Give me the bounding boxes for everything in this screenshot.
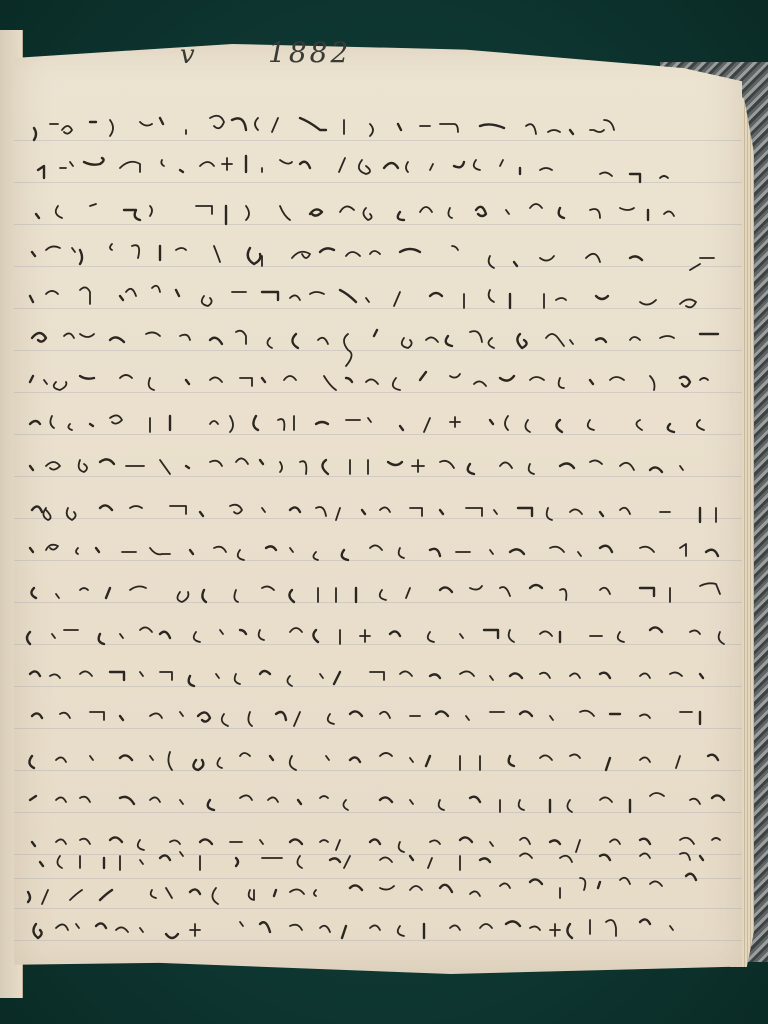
shorthand-stroke bbox=[406, 588, 410, 598]
shorthand-stroke bbox=[686, 874, 696, 880]
shorthand-stroke bbox=[318, 338, 328, 344]
shorthand-stroke bbox=[588, 420, 594, 430]
shorthand-stroke bbox=[276, 712, 286, 720]
shorthand-row bbox=[30, 286, 696, 308]
shorthand-stroke bbox=[406, 162, 408, 172]
shorthand-stroke bbox=[600, 546, 612, 552]
shorthand-stroke bbox=[214, 547, 226, 552]
shorthand-stroke bbox=[440, 461, 454, 468]
shorthand-stroke bbox=[530, 585, 542, 588]
shorthand-row bbox=[32, 837, 720, 852]
shorthand-stroke bbox=[540, 755, 552, 760]
shorthand-stroke bbox=[210, 116, 224, 129]
shorthand-stroke bbox=[466, 716, 469, 720]
shorthand-stroke bbox=[450, 374, 460, 378]
shorthand-stroke bbox=[336, 508, 340, 520]
shorthand-stroke bbox=[363, 208, 371, 220]
shorthand-stroke bbox=[43, 508, 50, 520]
shorthand-stroke bbox=[650, 793, 664, 796]
shorthand-stroke bbox=[208, 800, 214, 810]
shorthand-stroke bbox=[320, 674, 323, 678]
shorthand-stroke bbox=[343, 800, 348, 810]
shorthand-stroke bbox=[440, 124, 458, 132]
shorthand-stroke bbox=[440, 510, 443, 514]
shorthand-stroke bbox=[474, 160, 480, 170]
shorthand-stroke bbox=[290, 548, 293, 552]
shorthand-stroke bbox=[712, 795, 724, 800]
shorthand-stroke bbox=[272, 118, 278, 132]
shorthand-stroke bbox=[550, 840, 560, 844]
shorthand-stroke bbox=[640, 547, 654, 552]
shorthand-stroke bbox=[346, 378, 352, 382]
shorthand-stroke bbox=[402, 338, 412, 348]
shorthand-stroke bbox=[600, 588, 610, 594]
shorthand-stroke bbox=[150, 797, 160, 802]
shorthand-stroke bbox=[52, 634, 55, 638]
shorthand-stroke bbox=[120, 162, 140, 172]
shorthand-stroke bbox=[180, 852, 183, 856]
shorthand-stroke bbox=[54, 382, 67, 390]
shorthand-stroke bbox=[506, 210, 509, 214]
shorthand-stroke bbox=[56, 594, 59, 598]
shorthand-stroke bbox=[280, 160, 292, 164]
shorthand-stroke bbox=[56, 206, 62, 218]
shorthand-stroke bbox=[430, 293, 442, 296]
shorthand-stroke bbox=[193, 760, 203, 770]
shorthand-stroke bbox=[96, 923, 106, 928]
shorthand-row bbox=[32, 711, 700, 726]
shorthand-stroke bbox=[80, 839, 90, 844]
shorthand-stroke bbox=[680, 838, 694, 844]
shorthand-stroke bbox=[290, 507, 300, 512]
shorthand-stroke bbox=[390, 631, 400, 636]
shorthand-stroke bbox=[270, 756, 273, 760]
shorthand-stroke bbox=[476, 207, 486, 216]
shorthand-stroke bbox=[670, 926, 673, 930]
shorthand-stroke bbox=[56, 797, 66, 802]
shorthand-stroke bbox=[190, 924, 200, 936]
shorthand-stroke bbox=[500, 376, 514, 381]
shorthand-stroke bbox=[297, 856, 302, 868]
shorthand-stroke bbox=[300, 118, 326, 130]
shorthand-stroke bbox=[370, 251, 380, 254]
shorthand-stroke bbox=[604, 120, 614, 130]
shorthand-stroke bbox=[313, 552, 318, 560]
shorthand-stroke bbox=[660, 176, 668, 178]
shorthand-stroke bbox=[46, 462, 60, 470]
shorthand-stroke bbox=[525, 420, 530, 432]
shorthand-stroke bbox=[68, 424, 72, 430]
shorthand-stroke bbox=[509, 756, 514, 766]
shorthand-stroke bbox=[292, 252, 310, 258]
shorthand-stroke bbox=[420, 372, 426, 380]
shorthand-stroke bbox=[366, 379, 378, 384]
shorthand-stroke bbox=[287, 676, 292, 686]
shorthand-stroke bbox=[328, 714, 334, 724]
shorthand-stroke bbox=[547, 508, 552, 520]
shorthand-stroke bbox=[110, 120, 113, 136]
shorthand-stroke bbox=[30, 796, 36, 800]
shorthand-stroke bbox=[650, 376, 655, 390]
shorthand-stroke bbox=[359, 160, 370, 174]
shorthand-stroke bbox=[240, 378, 252, 386]
shorthand-stroke bbox=[160, 460, 170, 474]
shorthand-stroke bbox=[596, 338, 606, 342]
shorthand-stroke bbox=[249, 890, 254, 900]
shorthand-stroke bbox=[660, 336, 674, 338]
shorthand-stroke bbox=[650, 627, 662, 632]
shorthand-stroke bbox=[550, 547, 564, 552]
shorthand-stroke bbox=[697, 420, 704, 430]
shorthand-stroke bbox=[548, 130, 560, 132]
shorthand-stroke bbox=[540, 673, 550, 678]
shorthand-stroke bbox=[500, 160, 503, 166]
shorthand-stroke bbox=[430, 840, 440, 844]
shorthand-stroke bbox=[152, 286, 160, 292]
shorthand-stroke bbox=[676, 756, 680, 768]
shorthand-stroke bbox=[320, 796, 328, 798]
shorthand-stroke bbox=[520, 853, 532, 858]
shorthand-stroke bbox=[260, 840, 263, 844]
shorthand-stroke bbox=[259, 630, 264, 640]
shorthand-stroke bbox=[90, 204, 96, 206]
shorthand-stroke bbox=[399, 842, 404, 852]
shorthand-stroke bbox=[70, 162, 73, 166]
shorthand-stroke bbox=[398, 212, 404, 220]
shorthand-stroke bbox=[240, 753, 250, 756]
shorthand-stroke bbox=[151, 890, 156, 898]
shorthand-stroke bbox=[630, 256, 642, 260]
shorthand-stroke bbox=[480, 858, 490, 862]
shorthand-stroke bbox=[546, 334, 564, 346]
shorthand-stroke bbox=[368, 418, 371, 422]
shorthand-stroke bbox=[598, 882, 600, 888]
shorthand-stroke bbox=[340, 206, 354, 212]
shorthand-stroke bbox=[76, 548, 78, 554]
shorthand-stroke bbox=[550, 716, 553, 720]
shorthand-stroke bbox=[150, 206, 152, 216]
shorthand-stroke bbox=[140, 627, 152, 632]
shorthand-stroke bbox=[490, 676, 493, 680]
shorthand-stroke bbox=[420, 207, 432, 212]
shorthand-stroke bbox=[706, 550, 718, 556]
shorthand-stroke bbox=[570, 340, 573, 344]
shorthand-stroke bbox=[266, 546, 276, 550]
shorthand-stroke bbox=[120, 797, 134, 804]
shorthand-stroke bbox=[60, 713, 70, 718]
shorthand-stroke bbox=[500, 462, 512, 468]
shorthand-stroke bbox=[586, 254, 600, 262]
shorthand-stroke bbox=[360, 630, 370, 642]
shorthand-stroke bbox=[290, 839, 302, 844]
shorthand-stroke bbox=[230, 505, 242, 514]
shorthand-stroke bbox=[690, 799, 700, 804]
shorthand-stroke bbox=[398, 926, 404, 936]
shorthand-stroke bbox=[700, 856, 703, 860]
shorthand-stroke bbox=[30, 466, 33, 470]
shorthand-stroke bbox=[342, 926, 346, 938]
shorthand-stroke bbox=[160, 118, 163, 124]
shorthand-stroke bbox=[140, 122, 152, 126]
shorthand-stroke bbox=[278, 419, 284, 430]
shorthand-stroke bbox=[344, 334, 352, 366]
shorthand-stroke bbox=[180, 170, 183, 172]
shorthand-stroke bbox=[168, 752, 172, 770]
shorthand-stroke bbox=[460, 671, 474, 676]
shorthand-stroke bbox=[520, 838, 530, 844]
shorthand-stroke bbox=[590, 130, 604, 132]
shorthand-row bbox=[27, 627, 724, 644]
shorthand-stroke bbox=[27, 632, 30, 644]
shorthand-stroke bbox=[186, 380, 189, 384]
shorthand-stroke bbox=[500, 587, 510, 596]
shorthand-stroke bbox=[668, 424, 674, 432]
shorthand-row bbox=[29, 752, 718, 770]
shorthand-stroke bbox=[606, 758, 610, 770]
shorthand-stroke bbox=[600, 673, 610, 678]
shorthand-stroke bbox=[640, 839, 650, 844]
shorthand-stroke bbox=[560, 463, 574, 468]
shorthand-stroke bbox=[56, 839, 66, 844]
shorthand-stroke bbox=[680, 299, 696, 307]
shorthand-row bbox=[40, 852, 703, 870]
shorthand-stroke bbox=[480, 924, 492, 928]
shorthand-stroke bbox=[324, 376, 336, 390]
shorthand-stroke bbox=[310, 292, 324, 294]
shorthand-stroke bbox=[62, 126, 72, 134]
shorthand-stroke bbox=[50, 674, 60, 678]
shorthand-stroke bbox=[110, 672, 124, 680]
shorthand-stroke bbox=[480, 124, 504, 128]
shorthand-stroke bbox=[230, 416, 233, 432]
shorthand-stroke bbox=[170, 840, 180, 844]
shorthand-stroke bbox=[556, 420, 562, 432]
shorthand-stroke bbox=[344, 856, 350, 868]
shorthand-stroke bbox=[210, 461, 222, 466]
shorthand-stroke bbox=[130, 506, 142, 508]
shorthand-stroke bbox=[150, 756, 153, 760]
shorthand-stroke bbox=[700, 583, 720, 594]
shorthand-stroke bbox=[630, 174, 640, 182]
shorthand-stroke bbox=[430, 164, 433, 170]
shorthand-stroke bbox=[370, 545, 382, 550]
shorthand-stroke bbox=[79, 460, 87, 472]
shorthand-stroke bbox=[32, 506, 42, 512]
shorthand-stroke bbox=[640, 588, 654, 596]
shorthand-stroke bbox=[280, 462, 282, 472]
shorthand-stroke bbox=[316, 507, 326, 516]
shorthand-stroke bbox=[517, 334, 526, 348]
shorthand-stroke bbox=[38, 166, 44, 178]
shorthand-stroke bbox=[590, 460, 602, 464]
shorthand-stroke bbox=[267, 338, 272, 348]
shorthand-stroke bbox=[120, 375, 132, 378]
shorthand-row bbox=[28, 874, 696, 904]
shorthand-stroke bbox=[320, 840, 328, 842]
shorthand-stroke bbox=[640, 853, 650, 858]
shorthand-stroke bbox=[410, 800, 413, 804]
shorthand-stroke bbox=[300, 162, 310, 168]
shorthand-stroke bbox=[32, 333, 46, 342]
shorthand-stroke bbox=[314, 890, 316, 896]
shorthand-stroke bbox=[410, 886, 422, 890]
shorthand-stroke bbox=[570, 673, 580, 678]
shorthand-stroke bbox=[161, 160, 164, 166]
shorthand-stroke bbox=[33, 924, 41, 938]
shorthand-stroke bbox=[374, 330, 377, 336]
shorthand-stroke bbox=[67, 508, 76, 520]
shorthand-stroke bbox=[530, 926, 540, 930]
shorthand-stroke bbox=[600, 172, 612, 176]
shorthand-stroke bbox=[620, 463, 634, 470]
shorthand-stroke bbox=[394, 292, 400, 306]
shorthand-stroke bbox=[400, 426, 403, 430]
shorthand-stroke bbox=[529, 464, 534, 474]
shorthand-text bbox=[0, 0, 768, 1024]
shorthand-stroke bbox=[550, 924, 560, 936]
shorthand-stroke bbox=[640, 300, 656, 305]
shorthand-stroke bbox=[380, 857, 392, 862]
shorthand-stroke bbox=[90, 756, 93, 760]
shorthand-stroke bbox=[700, 674, 703, 678]
shorthand-stroke bbox=[186, 466, 189, 468]
shorthand-row bbox=[32, 244, 714, 270]
shorthand-stroke bbox=[410, 758, 413, 762]
shorthand-stroke bbox=[560, 589, 566, 600]
shorthand-stroke bbox=[32, 713, 42, 718]
shorthand-stroke bbox=[232, 118, 246, 130]
shorthand-stroke bbox=[520, 711, 532, 716]
shorthand-stroke bbox=[90, 712, 104, 720]
shorthand-stroke bbox=[362, 510, 365, 514]
shorthand-stroke bbox=[618, 632, 624, 642]
shorthand-stroke bbox=[190, 889, 200, 894]
shorthand-stroke bbox=[140, 928, 143, 932]
shorthand-stroke bbox=[262, 508, 265, 512]
shorthand-stroke bbox=[120, 634, 123, 638]
shorthand-stroke bbox=[80, 797, 90, 802]
shorthand-stroke bbox=[640, 757, 650, 762]
shorthand-stroke bbox=[410, 856, 413, 860]
shorthand-stroke bbox=[640, 673, 650, 678]
shorthand-stroke bbox=[190, 550, 193, 554]
shorthand-stroke bbox=[268, 797, 278, 802]
shorthand-stroke bbox=[350, 711, 362, 716]
shorthand-stroke bbox=[526, 124, 536, 134]
shorthand-stroke bbox=[690, 264, 700, 270]
shorthand-stroke bbox=[540, 256, 554, 261]
shorthand-stroke bbox=[180, 335, 190, 340]
notebook-photo: v 1882 bbox=[0, 0, 768, 1024]
shorthand-stroke bbox=[30, 376, 33, 382]
shorthand-stroke bbox=[46, 246, 60, 250]
shorthand-stroke bbox=[80, 334, 94, 337]
shorthand-stroke bbox=[31, 588, 36, 598]
shorthand-stroke bbox=[559, 378, 564, 388]
shorthand-stroke bbox=[234, 590, 238, 602]
shorthand-stroke bbox=[150, 713, 162, 718]
shorthand-stroke bbox=[506, 921, 520, 926]
shorthand-stroke bbox=[570, 130, 573, 134]
shorthand-stroke bbox=[180, 712, 183, 716]
shorthand-stroke bbox=[428, 858, 432, 868]
shorthand-stroke bbox=[400, 671, 412, 676]
shorthand-stroke bbox=[620, 508, 630, 514]
shorthand-stroke bbox=[202, 590, 206, 602]
shorthand-stroke bbox=[30, 548, 33, 552]
shorthand-stroke bbox=[30, 421, 40, 424]
shorthand-stroke bbox=[350, 885, 362, 890]
shorthand-row bbox=[32, 330, 718, 366]
shorthand-stroke bbox=[680, 377, 690, 387]
shorthand-stroke bbox=[260, 460, 263, 464]
shorthand-stroke bbox=[580, 878, 585, 890]
shorthand-stroke bbox=[620, 878, 630, 884]
shorthand-stroke bbox=[80, 671, 92, 676]
shorthand-stroke bbox=[559, 208, 564, 218]
shorthand-stroke bbox=[292, 334, 298, 348]
shorthand-stroke bbox=[488, 338, 494, 348]
shorthand-stroke bbox=[262, 378, 265, 382]
shorthand-stroke bbox=[370, 124, 373, 136]
shorthand-stroke bbox=[489, 256, 494, 268]
shorthand-stroke bbox=[57, 856, 62, 868]
shorthand-stroke bbox=[470, 797, 480, 802]
shorthand-stroke bbox=[399, 548, 404, 558]
shorthand-stroke bbox=[578, 552, 581, 556]
shorthand-stroke bbox=[489, 290, 494, 302]
shorthand-stroke bbox=[166, 888, 172, 898]
shorthand-stroke bbox=[690, 630, 700, 634]
shorthand-stroke bbox=[380, 712, 390, 718]
shorthand-stroke bbox=[30, 296, 33, 302]
shorthand-stroke bbox=[366, 298, 369, 302]
shorthand-stroke bbox=[217, 758, 222, 768]
shorthand-stroke bbox=[42, 890, 48, 904]
shorthand-stroke bbox=[255, 118, 258, 130]
shorthand-stroke bbox=[350, 757, 360, 762]
shorthand-stroke bbox=[210, 377, 222, 382]
shorthand-stroke bbox=[334, 672, 340, 684]
shorthand-stroke bbox=[510, 673, 522, 678]
shorthand-stroke bbox=[380, 886, 394, 890]
shorthand-stroke bbox=[28, 892, 30, 902]
shorthand-row bbox=[30, 671, 703, 686]
shorthand-stroke bbox=[240, 795, 252, 800]
shorthand-stroke bbox=[202, 296, 212, 306]
shorthand-stroke bbox=[290, 295, 300, 300]
shorthand-stroke bbox=[46, 291, 58, 294]
shorthand-stroke bbox=[380, 797, 392, 802]
shorthand-stroke bbox=[80, 287, 90, 304]
shorthand-stroke bbox=[490, 550, 493, 554]
shorthand-stroke bbox=[56, 924, 68, 930]
shorthand-stroke bbox=[238, 550, 244, 560]
shorthand-stroke bbox=[198, 712, 210, 721]
shorthand-row bbox=[30, 458, 683, 474]
shorthand-stroke bbox=[280, 206, 290, 220]
shorthand-stroke bbox=[110, 415, 122, 423]
shorthand-stroke bbox=[448, 208, 452, 218]
shorthand-stroke bbox=[474, 381, 486, 386]
shorthand-stroke bbox=[96, 548, 99, 552]
shorthand-stroke bbox=[380, 590, 386, 600]
shorthand-stroke bbox=[72, 248, 75, 252]
shorthand-stroke bbox=[216, 674, 219, 678]
shorthand-stroke bbox=[236, 858, 238, 866]
shorthand-stroke bbox=[177, 592, 188, 602]
shorthand-stroke bbox=[246, 206, 249, 220]
